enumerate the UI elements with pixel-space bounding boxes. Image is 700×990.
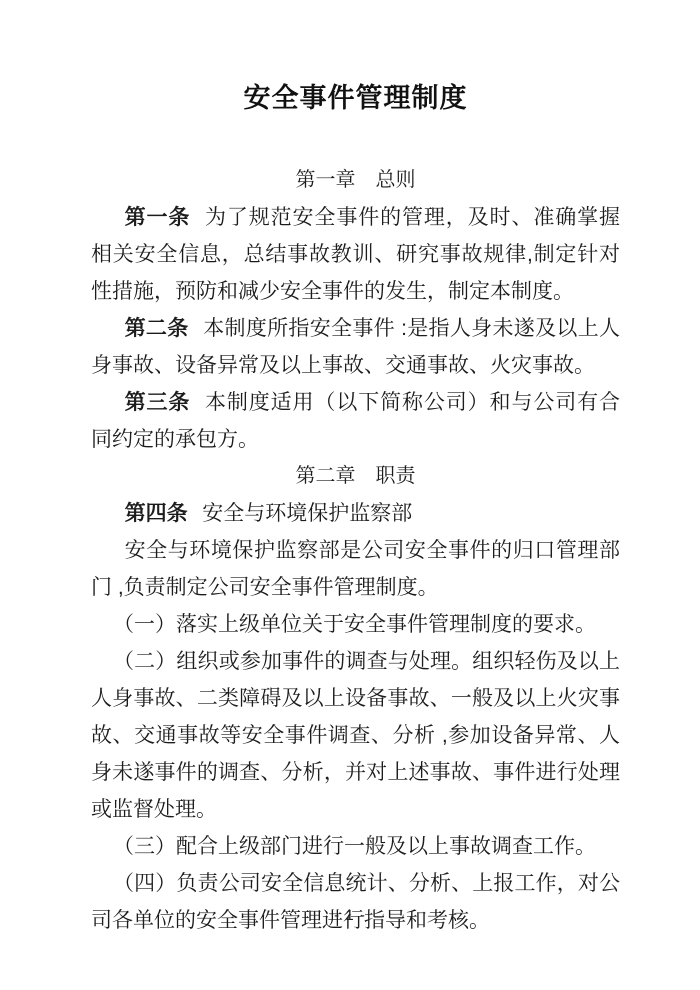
article-paragraph-2: 第二条本制度所指安全事件 :是指人身未遂及以上人身事故、设备异常及以上事故、交通… bbox=[91, 310, 620, 384]
article-1-label: 第一条 bbox=[125, 206, 191, 229]
article-paragraph-4: 第四条安全与环境保护监察部 bbox=[91, 495, 620, 532]
list-paragraph-1: （一）落实上级单位关于安全事件管理制度的要求。 bbox=[91, 606, 620, 643]
list-paragraph-2: （二）组织或参加事件的调查与处理。组织轻伤及以上人身事故、二类障碍及以上设备事故… bbox=[91, 643, 620, 828]
chapter-heading-2: 第二章 职责 bbox=[91, 458, 620, 495]
article-paragraph-3: 第三条本制度适用（以下简称公司）和与公司有合同约定的承包方。 bbox=[91, 384, 620, 458]
article-2-label: 第二条 bbox=[125, 317, 189, 340]
chapter-heading-1: 第一章 总则 bbox=[91, 162, 620, 199]
article-3-label: 第三条 bbox=[125, 391, 191, 414]
body-paragraph: 安全与环境保护监察部是公司安全事件的归口管理部门 ,负责制定公司安全事件管理制度… bbox=[91, 532, 620, 606]
document-title: 安全事件管理制度 bbox=[91, 80, 620, 116]
document-page: 安全事件管理制度 第一章 总则 第一条为了规范安全事件的管理，及时、准确掌握相关… bbox=[0, 0, 700, 990]
page-number: - 1 - bbox=[0, 907, 700, 924]
list-paragraph-4: （四）负责公司安全信息统计、分析、上报工作，对公司各单位的安全事件管理进行指导和… bbox=[91, 865, 620, 939]
article-4-label: 第四条 bbox=[125, 502, 188, 525]
list-paragraph-3: （三）配合上级部门进行一般及以上事故调查工作。 bbox=[91, 828, 620, 865]
article-4-text: 安全与环境保护监察部 bbox=[202, 502, 412, 525]
article-paragraph-1: 第一条为了规范安全事件的管理，及时、准确掌握相关安全信息，总结事故教训、研究事故… bbox=[91, 199, 620, 310]
